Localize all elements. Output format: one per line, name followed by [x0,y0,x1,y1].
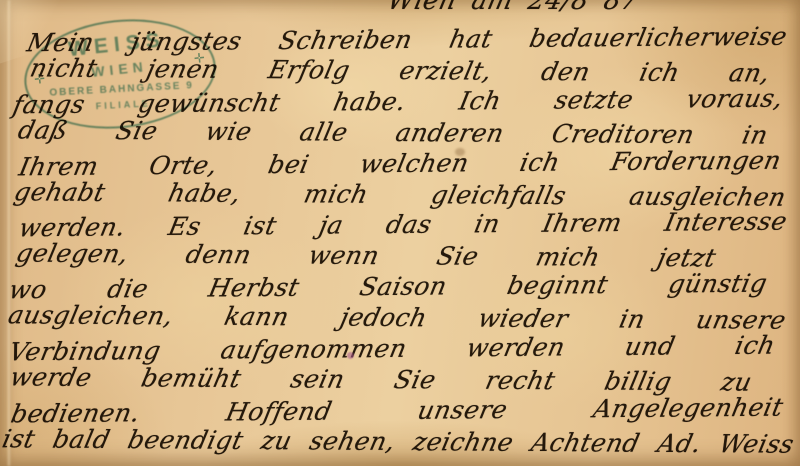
paper-crease [7,0,11,466]
letter-page: WEISS WIEN OBERE BAHNGASSE 9 FILIALE ✛ ✛… [0,0,800,466]
ink-speck [347,352,354,359]
date-line: Wien am 24/8 87 [385,0,642,16]
handwritten-line: ist bald beendigt zu sehen, zeichne Acht… [0,424,797,461]
ink-smudge [455,148,465,156]
